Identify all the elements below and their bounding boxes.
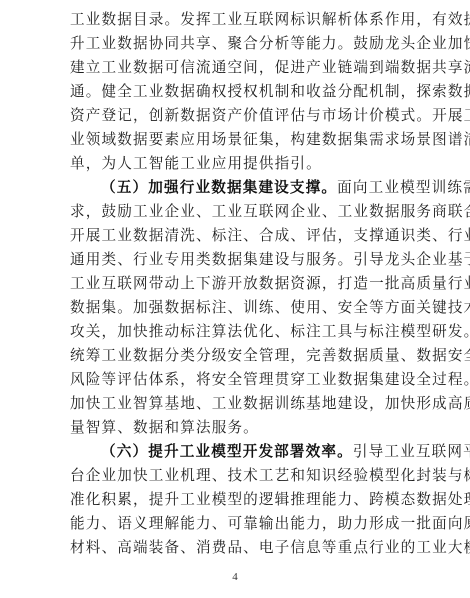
text-line: 开展工业数据清洗、标注、合成、评估，支撑通识类、行业 [70, 224, 402, 248]
text-line: 攻关，加快推动标注算法优化、标注工具与标注模型研发。 [70, 320, 402, 344]
text-line: 数据集。加强数据标注、训练、使用、安全等方面关键技术 [70, 296, 402, 320]
document-page: 工业数据目录。发挥工业互联网标识解析体系作用，有效提 升工业数据协同共享、聚合分… [0, 0, 470, 598]
text-line: 资产登记，创新数据资产价值评估与市场计价模式。开展工 [70, 104, 402, 128]
text-line: 能力、语义理解能力、可靠输出能力，助力形成一批面向原 [70, 512, 402, 536]
text-line: 加快工业智算基地、工业数据训练基地建设，加快形成高质 [70, 392, 402, 416]
text-line: 升工业数据协同共享、聚合分析等能力。鼓励龙头企业加快 [70, 32, 402, 56]
section-heading-6: （六）提升工业模型开发部署效率。 [101, 443, 353, 460]
text-line: 准化积累，提升工业模型的逻辑推理能力、跨模态数据处理 [70, 488, 402, 512]
text-line: 业领域数据要素应用场景征集，构建数据集需求场景图谱清 [70, 128, 402, 152]
text-line: 量智算、数据和算法服务。 [70, 416, 402, 440]
page-number: 4 [229, 571, 241, 583]
section-heading-line-6: （六）提升工业模型开发部署效率。引导工业互联网平 [70, 440, 402, 464]
text-line: 建立工业数据可信流通空间，促进产业链端到端数据共享流 [70, 56, 402, 80]
text-span: 引导工业互联网平 [353, 443, 470, 460]
text-line: 风险等评估体系，将安全管理贯穿工业数据集建设全过程。 [70, 368, 402, 392]
text-line: 台企业加快工业机理、技术工艺和知识经验模型化封装与标 [70, 464, 402, 488]
section-heading-line-5: （五）加强行业数据集建设支撑。面向工业模型训练需 [70, 176, 402, 200]
text-line: 工业数据目录。发挥工业互联网标识解析体系作用，有效提 [70, 8, 402, 32]
text-line: 工业互联网带动上下游开放数据资源，打造一批高质量行业 [70, 272, 402, 296]
text-line: 单，为人工智能工业应用提供指引。 [70, 152, 402, 176]
text-span: 面向工业模型训练需 [337, 179, 470, 196]
section-heading-5: （五）加强行业数据集建设支撑。 [101, 179, 337, 196]
text-line: 求，鼓励工业企业、工业互联网企业、工业数据服务商联合 [70, 200, 402, 224]
text-line: 通。健全工业数据确权授权机制和收益分配机制，探索数据 [70, 80, 402, 104]
text-line: 通用类、行业专用类数据集建设与服务。引导龙头企业基于 [70, 248, 402, 272]
body-text: 工业数据目录。发挥工业互联网标识解析体系作用，有效提 升工业数据协同共享、聚合分… [70, 8, 402, 560]
text-line: 统筹工业数据分类分级安全管理，完善数据质量、数据安全 [70, 344, 402, 368]
text-line: 材料、高端装备、消费品、电子信息等重点行业的工业大模 [70, 536, 402, 560]
